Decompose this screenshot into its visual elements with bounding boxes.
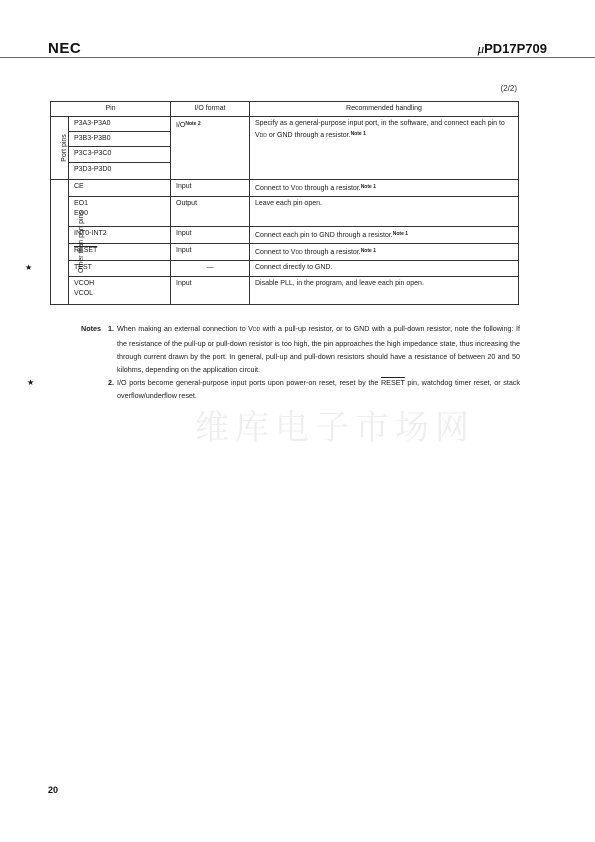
- recommended-handling: Connect each pin to GND through a resist…: [250, 227, 519, 244]
- notes-label: Notes: [60, 322, 101, 376]
- recommended-handling: Connect to VDD through a resistor.Note 1: [250, 244, 519, 261]
- revision-star-icon: ★: [25, 263, 32, 273]
- part-number: μPD17P709: [478, 41, 547, 57]
- recommended-handling: Connect to VDD through a resistor.Note 1: [250, 180, 519, 197]
- recommended-handling: Leave each pin open.: [250, 197, 519, 227]
- header-recommended-handling: Recommended handling: [250, 102, 519, 117]
- io-format: Input: [171, 277, 250, 305]
- pin-name: EO1EO0: [69, 197, 171, 227]
- group-port-pins: Port pins: [51, 117, 69, 180]
- table-header-row: Pin I/O format Recommended handling: [51, 102, 519, 117]
- pin-handling-table: Pin I/O format Recommended handling Port…: [50, 101, 519, 305]
- watermark: 维库电子市场网: [195, 400, 475, 449]
- table-row: VCOHVCOLInputDisable PLL, in the program…: [51, 277, 519, 305]
- table-row: RESETInputConnect to VDD through a resis…: [51, 244, 519, 261]
- note-text: I/O ports become general-purpose input p…: [117, 376, 520, 402]
- note-ref: Note 1: [393, 231, 408, 237]
- note-ref: Note 1: [351, 131, 366, 137]
- note-ref: Note 2: [185, 121, 200, 127]
- table-row: Port pins P3A3-P3A0 I/ONote 2 Specify as…: [51, 117, 519, 132]
- note-number: 2.: [101, 376, 117, 402]
- note-text: When making an external connection to VD…: [117, 322, 520, 376]
- note-number: 1.: [101, 322, 117, 376]
- page-number: 20: [48, 785, 58, 795]
- io-format: Input: [171, 180, 250, 197]
- pin-name: P3B3-P3B0: [69, 132, 171, 147]
- pin-name: INT0-INT2: [69, 227, 171, 244]
- table-row: EO1EO0OutputLeave each pin open.: [51, 197, 519, 227]
- pin-name: RESET: [69, 244, 171, 261]
- io-format: —: [171, 261, 250, 277]
- table-row: INT0-INT2InputConnect each pin to GND th…: [51, 227, 519, 244]
- table-row: Other than port pinsCEInputConnect to VD…: [51, 180, 519, 197]
- note-2: ★ 2. I/O ports become general-purpose in…: [60, 376, 520, 402]
- notes-section: Notes 1. When making an external connect…: [60, 322, 520, 402]
- pin-name: P3D3-P3D0: [69, 163, 171, 180]
- io-format: Input: [171, 244, 250, 261]
- page-indicator: (2/2): [501, 84, 517, 93]
- recommended-handling: Specify as a general-purpose input port,…: [250, 117, 519, 180]
- pin-name: VCOHVCOL: [69, 277, 171, 305]
- part-number-text: PD17P709: [484, 41, 547, 56]
- recommended-handling: Disable PLL, in the program, and leave e…: [250, 277, 519, 305]
- note-ref: Note 1: [361, 248, 376, 254]
- io-format: I/ONote 2: [171, 117, 250, 180]
- recommended-handling: Connect directly to GND.: [250, 261, 519, 277]
- pin-name: P3C3-P3C0: [69, 147, 171, 163]
- pin-name: P3A3-P3A0: [69, 117, 171, 132]
- header-pin: Pin: [51, 102, 171, 117]
- io-format: Output: [171, 197, 250, 227]
- group-other-pins: Other than port pins: [51, 180, 69, 305]
- reset-signal: RESET: [381, 378, 405, 387]
- header-rule: [0, 57, 595, 58]
- nec-logo: NEC: [48, 40, 81, 57]
- io-format: Input: [171, 227, 250, 244]
- pin-name: ★TEST: [69, 261, 171, 277]
- pin-name: CE: [69, 180, 171, 197]
- note-1: Notes 1. When making an external connect…: [60, 322, 520, 376]
- header-io-format: I/O format: [171, 102, 250, 117]
- note-ref: Note 1: [361, 184, 376, 190]
- table-row: ★TEST—Connect directly to GND.: [51, 261, 519, 277]
- revision-star-icon: ★: [27, 376, 34, 389]
